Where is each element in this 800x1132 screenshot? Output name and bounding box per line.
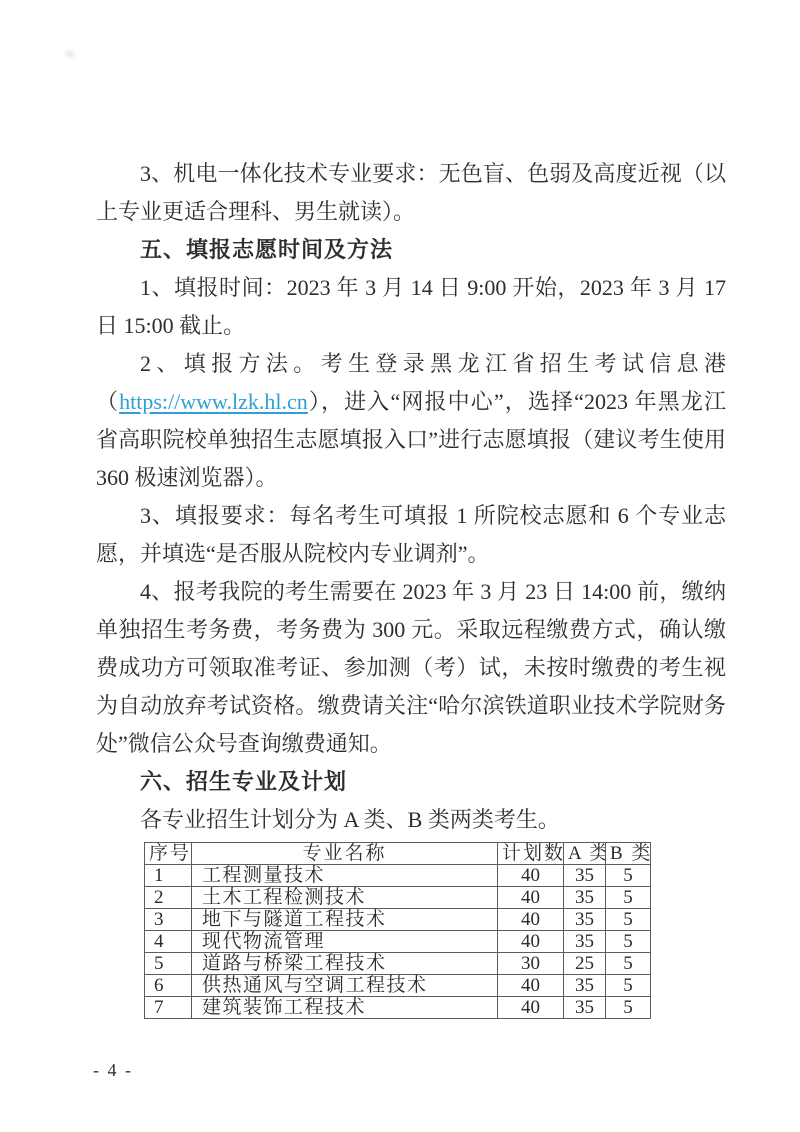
- plan-count-cell: 40: [498, 975, 564, 997]
- website-link[interactable]: https://www.lzk.hl.cn: [119, 389, 308, 414]
- table-row: 1工程测量技术40355: [145, 865, 651, 887]
- column-header: 计划数: [498, 843, 564, 865]
- paragraph-payment: 4、报考我院的考生需要在 2023 年 3 月 23 日 14:00 前，缴纳单…: [96, 573, 726, 763]
- table-row: 7建筑装饰工程技术40355: [145, 997, 651, 1019]
- document-content: 3、机电一体化技术专业要求：无色盲、色弱及高度近视（以上专业更适合理科、男生就读…: [96, 155, 726, 1019]
- table-row: 3地下与隧道工程技术40355: [145, 909, 651, 931]
- column-header: 专业名称: [192, 843, 498, 865]
- paragraph-fill-requirement: 3、填报要求：每名考生可填报 1 所院校志愿和 6 个专业志愿，并填选“是否服从…: [96, 497, 726, 573]
- class-a-count-cell: 35: [564, 887, 606, 909]
- paragraph-mech-requirements: 3、机电一体化技术专业要求：无色盲、色弱及高度近视（以上专业更适合理科、男生就读…: [96, 155, 726, 231]
- paragraph-fill-method: 2、填报方法。考生登录黑龙江省招生考试信息港（https://www.lzk.h…: [96, 345, 726, 497]
- table-header-row: 序号专业名称计划数A 类B 类: [145, 843, 651, 865]
- class-b-count-cell: 5: [606, 931, 651, 953]
- class-b-count-cell: 5: [606, 997, 651, 1019]
- row-number-cell: 5: [145, 953, 192, 975]
- section-heading-6: 六、招生专业及计划: [96, 763, 726, 801]
- class-a-count-cell: 25: [564, 953, 606, 975]
- row-number-cell: 6: [145, 975, 192, 997]
- major-name-cell: 道路与桥梁工程技术: [192, 953, 498, 975]
- table-row: 5道路与桥梁工程技术30255: [145, 953, 651, 975]
- class-a-count-cell: 35: [564, 909, 606, 931]
- row-number-cell: 7: [145, 997, 192, 1019]
- class-b-count-cell: 5: [606, 887, 651, 909]
- row-number-cell: 3: [145, 909, 192, 931]
- class-a-count-cell: 35: [564, 975, 606, 997]
- plan-count-cell: 40: [498, 865, 564, 887]
- column-header: 序号: [145, 843, 192, 865]
- class-b-count-cell: 5: [606, 975, 651, 997]
- class-a-count-cell: 35: [564, 997, 606, 1019]
- table-row: 4现代物流管理40355: [145, 931, 651, 953]
- class-a-count-cell: 35: [564, 865, 606, 887]
- table-row: 6供热通风与空调工程技术40355: [145, 975, 651, 997]
- major-name-cell: 土木工程检测技术: [192, 887, 498, 909]
- major-name-cell: 建筑装饰工程技术: [192, 997, 498, 1019]
- major-name-cell: 工程测量技术: [192, 865, 498, 887]
- row-number-cell: 2: [145, 887, 192, 909]
- plan-count-cell: 40: [498, 887, 564, 909]
- column-header: A 类: [564, 843, 606, 865]
- table-body: 1工程测量技术403552土木工程检测技术403553地下与隧道工程技术4035…: [145, 865, 651, 1019]
- class-b-count-cell: 5: [606, 953, 651, 975]
- plan-count-cell: 40: [498, 931, 564, 953]
- class-b-count-cell: 5: [606, 909, 651, 931]
- class-b-count-cell: 5: [606, 865, 651, 887]
- plan-count-cell: 40: [498, 997, 564, 1019]
- major-name-cell: 供热通风与空调工程技术: [192, 975, 498, 997]
- enrollment-plan-table: 序号专业名称计划数A 类B 类 1工程测量技术403552土木工程检测技术403…: [144, 842, 651, 1019]
- column-header: B 类: [606, 843, 651, 865]
- major-name-cell: 现代物流管理: [192, 931, 498, 953]
- plan-count-cell: 30: [498, 953, 564, 975]
- row-number-cell: 1: [145, 865, 192, 887]
- plan-count-cell: 40: [498, 909, 564, 931]
- table-row: 2土木工程检测技术40355: [145, 887, 651, 909]
- class-a-count-cell: 35: [564, 931, 606, 953]
- paragraph-fill-time: 1、填报时间：2023 年 3 月 14 日 9:00 开始，2023 年 3 …: [96, 269, 726, 345]
- paragraph-plan-intro: 各专业招生计划分为 A 类、B 类两类考生。: [96, 801, 726, 839]
- row-number-cell: 4: [145, 931, 192, 953]
- section-heading-5: 五、填报志愿时间及方法: [96, 231, 726, 269]
- document-page: 3、机电一体化技术专业要求：无色盲、色弱及高度近视（以上专业更适合理科、男生就读…: [0, 0, 800, 1132]
- scan-artifact: [62, 48, 78, 60]
- page-number: - 4 -: [93, 1060, 133, 1081]
- major-name-cell: 地下与隧道工程技术: [192, 909, 498, 931]
